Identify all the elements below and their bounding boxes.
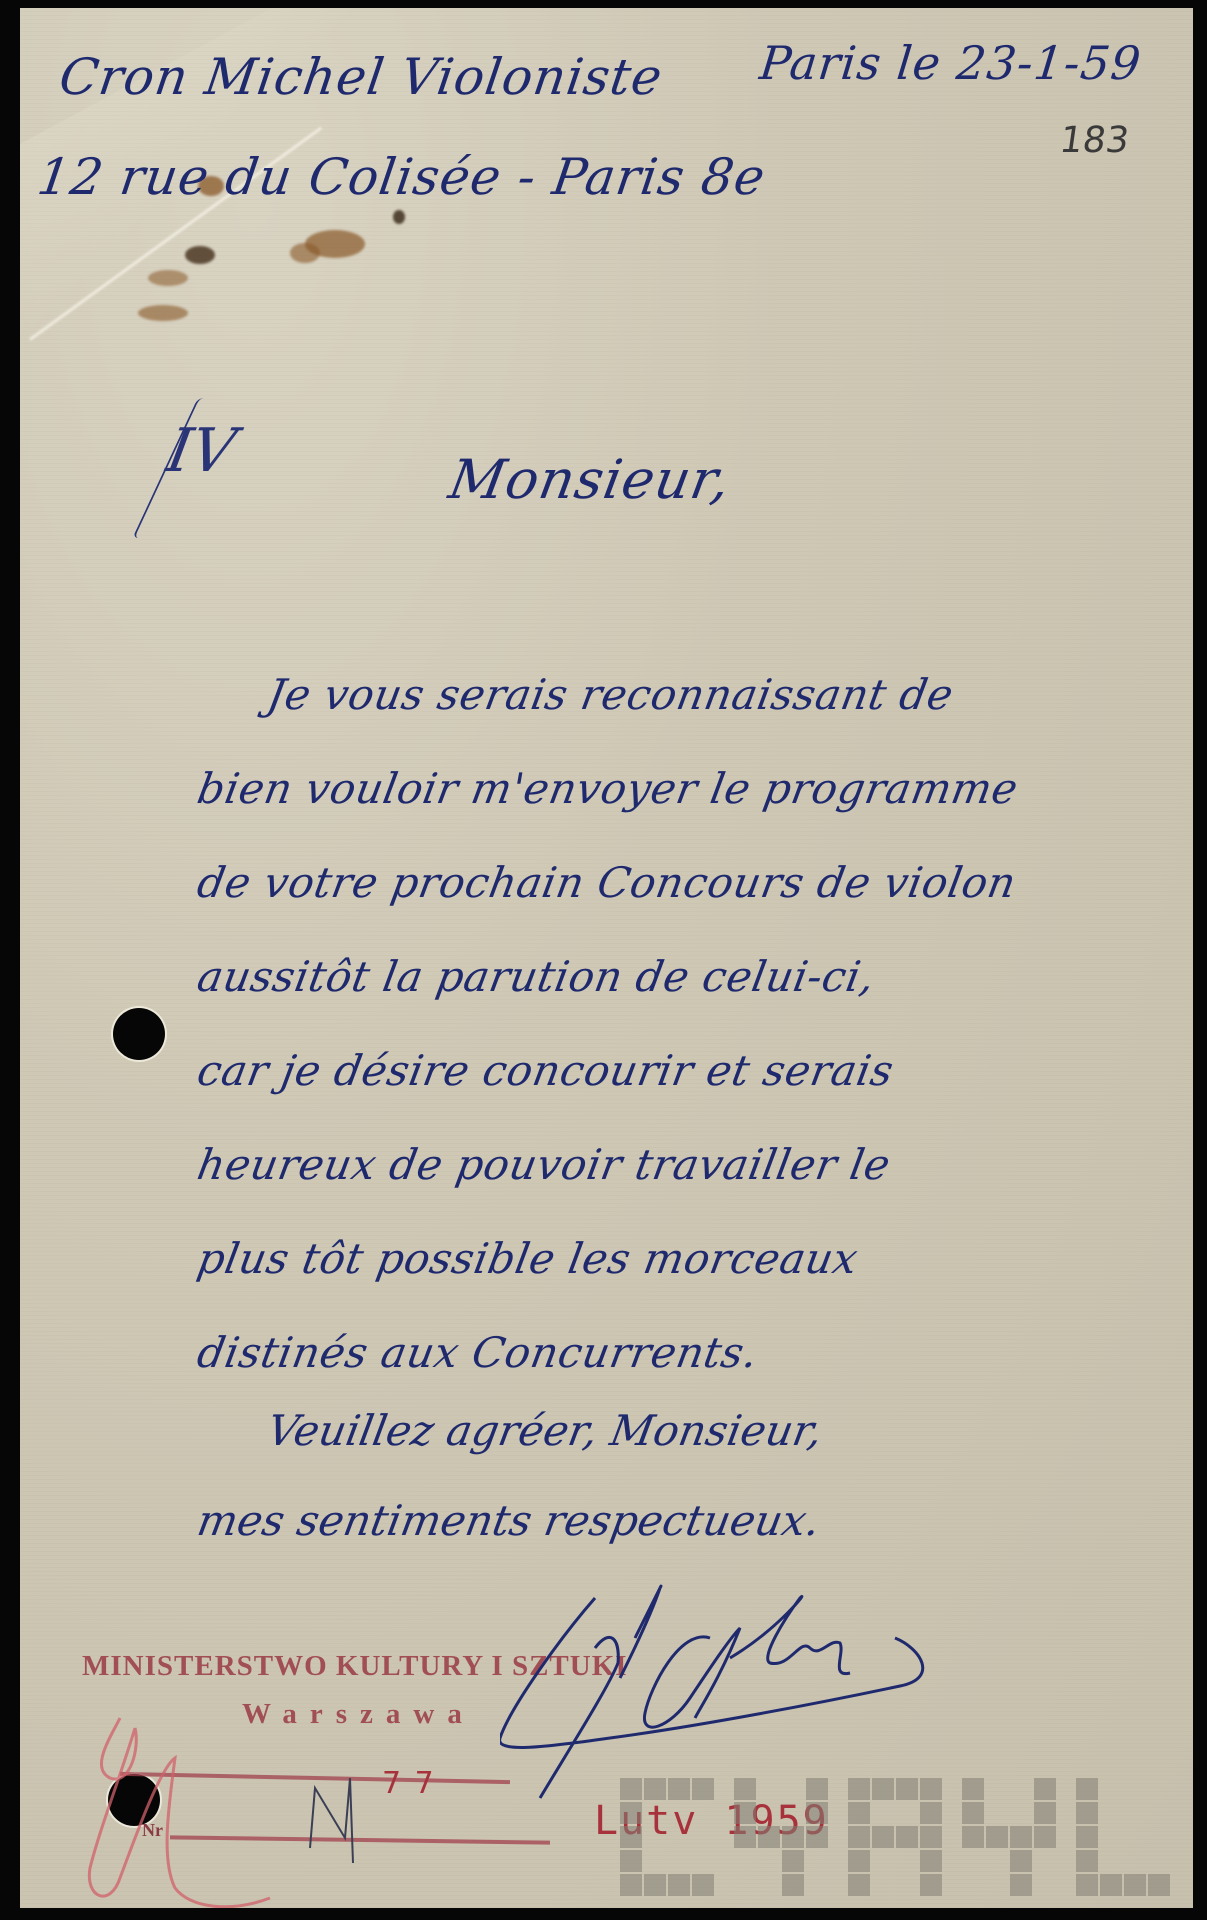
- body-line: heureux de pouvoir travailler le: [190, 1118, 1107, 1212]
- scan-frame: Cron Michel Violoniste 12 rue du Colisée…: [0, 0, 1207, 1920]
- archive-number: 183: [1057, 120, 1131, 161]
- salutation: Monsieur,: [444, 448, 735, 511]
- stamp-received-marks: 7 7: [382, 1766, 436, 1801]
- ink-stain: [290, 243, 320, 263]
- cyryl-watermark: [620, 1778, 1170, 1896]
- body-line: distinés aux Concurrents.: [190, 1306, 1107, 1400]
- watermark-letter-c: [620, 1778, 714, 1896]
- red-initials-scrawl: [80, 1708, 280, 1908]
- body-line: de votre prochain Concours de violon: [190, 836, 1107, 930]
- body-line: plus tôt possible les morceaux: [190, 1212, 1107, 1306]
- ink-stain: [138, 305, 188, 321]
- sender-address: 12 rue du Colisée - Paris 8e: [34, 148, 769, 206]
- watermark-letter-y: [734, 1778, 828, 1896]
- letter-date: Paris le 23-1-59: [757, 36, 1144, 90]
- closing-formula-1: Veuillez agréer, Monsieur,: [264, 1406, 827, 1455]
- stamp-handwritten-number: [305, 1768, 355, 1868]
- watermark-letter-l: [1076, 1778, 1170, 1896]
- ink-stain: [185, 246, 215, 264]
- body-line: aussitôt la parution de celui-ci,: [190, 930, 1107, 1024]
- letter-body: Je vous serais reconnaissant de bien vou…: [198, 648, 1098, 1400]
- body-line: car je désire concourir et serais: [190, 1024, 1107, 1118]
- ink-stain: [148, 270, 188, 286]
- roman-numeral-mark: IV: [162, 416, 241, 486]
- watermark-letter-r: [848, 1778, 942, 1896]
- closing-formula-2: mes sentiments respectueux.: [194, 1496, 824, 1545]
- watermark-letter-y2: [962, 1778, 1056, 1896]
- punch-hole-icon: [113, 1008, 165, 1060]
- body-line: bien vouloir m'envoyer le programme: [190, 742, 1107, 836]
- ink-stain: [393, 210, 405, 224]
- sender-name: Cron Michel Violoniste: [56, 48, 666, 106]
- body-line: Je vous serais reconnaissant de: [190, 648, 1107, 742]
- letter-paper: Cron Michel Violoniste 12 rue du Colisée…: [20, 8, 1193, 1908]
